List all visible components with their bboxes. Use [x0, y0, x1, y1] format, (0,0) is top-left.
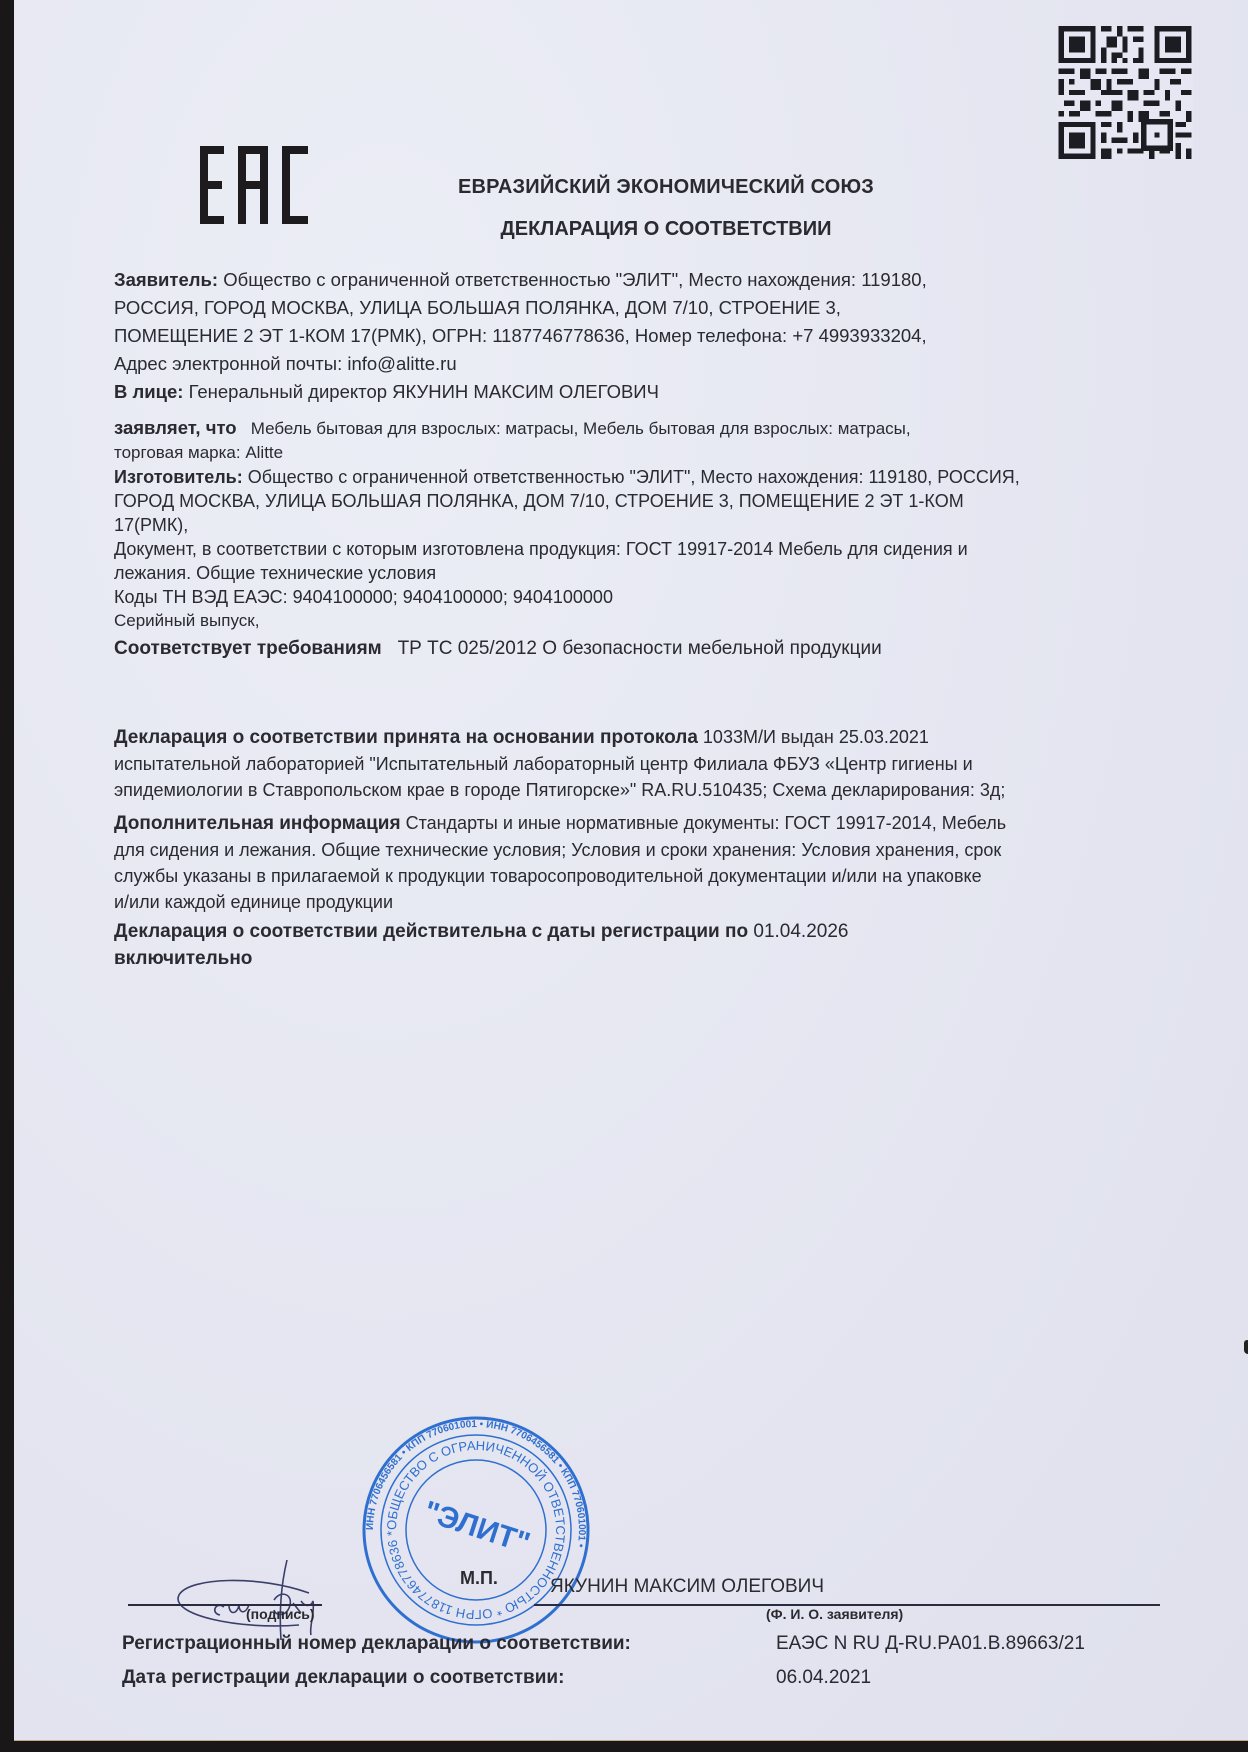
declaration-page: ЕВРАЗИЙСКИЙ ЭКОНОМИЧЕСКИЙ СОЮЗ ДЕКЛАРАЦИ… [14, 0, 1248, 1741]
applicant-section: Заявитель: Общество с ограниченной ответ… [114, 266, 1184, 406]
conformity-label: Соответствует требованиям [114, 638, 382, 659]
applicant-full-name: ЯКУНИН МАКСИМ ОЛЕГОВИЧ [550, 1576, 824, 1598]
union-title: ЕВРАЗИЙСКИЙ ЭКОНОМИЧЕСКИЙ СОЮЗ [14, 176, 1248, 199]
manufacturer-address-line: ГОРОД МОСКВА, УЛИЦА БОЛЬШАЯ ПОЛЯНКА, ДОМ… [114, 489, 1184, 513]
additional-info-line4: и/или каждой единице продукции [114, 889, 1184, 915]
laboratory-accreditation-line: эпидемиологии в Ставропольском крае в го… [114, 777, 1184, 803]
protocol-info: 1033М/И выдан 25.03.2021 [698, 727, 929, 747]
manufacturer-text: Общество с ограниченной ответственностью… [243, 467, 1020, 487]
company-seal: ИНН 7706456581 • КПП 770601001 • ИНН 770… [361, 1415, 591, 1645]
signature-scribble [169, 1545, 349, 1645]
ink-speck [1244, 1340, 1248, 1354]
manufacturer-address-end: 17(РМК), [114, 513, 1184, 537]
declares-label: заявляет, что [114, 417, 237, 438]
additional-info-section: Дополнительная информация Стандарты и ин… [114, 810, 1184, 915]
additional-info-line3: службы указаны в прилагаемой к продукции… [114, 863, 1184, 889]
document-title: ДЕКЛАРАЦИЯ О СООТВЕТСТВИИ [14, 218, 1248, 241]
product-doc-line1: Документ, в соответствии с которым изгот… [114, 537, 1184, 561]
applicant-address-line: РОССИЯ, ГОРОД МОСКВА, УЛИЦА БОЛЬШАЯ ПОЛЯ… [114, 294, 1184, 322]
product-doc-line2: лежания. Общие технические условия [114, 561, 1184, 585]
serial-release: Серийный выпуск, [114, 609, 1184, 633]
tnved-codes: Коды ТН ВЭД ЕАЭС: 9404100000; 9404100000… [114, 585, 1184, 609]
manufacturer-label: Изготовитель: [114, 467, 243, 487]
applicant-text: Общество с ограниченной ответственностью… [218, 269, 927, 290]
qr-code [1057, 26, 1193, 159]
additional-info-line2: для сидения и лежания. Общие технические… [114, 837, 1184, 863]
represented-by-text: Генеральный директор ЯКУНИН МАКСИМ ОЛЕГО… [183, 381, 658, 402]
laboratory-line: испытательной лабораторией "Испытательны… [114, 751, 1184, 777]
applicant-email-line: Адрес электронной почты: info@alitte.ru [114, 350, 1184, 378]
seal-place-label: М.П. [460, 1568, 498, 1589]
product-description: Мебель бытовая для взрослых: матрасы, Ме… [237, 419, 911, 438]
basis-section: Декларация о соответствии принята на осн… [114, 724, 1184, 803]
validity-date: 01.04.2026 [748, 921, 848, 942]
registration-date-label: Дата регистрации декларации о соответств… [122, 1667, 564, 1689]
validity-inclusive: включительно [114, 948, 252, 969]
validity-section: Декларация о соответствии действительна … [114, 918, 1184, 972]
registration-number: ЕАЭС N RU Д-RU.РА01.В.89663/21 [776, 1633, 1085, 1655]
represented-by-label: В лице: [114, 381, 183, 402]
seal-center-text: "ЭЛИТ" [420, 1495, 534, 1560]
signature-caption: (подпись) [246, 1606, 315, 1622]
additional-info-label: Дополнительная информация [114, 813, 401, 834]
additional-info-text: Стандарты и иные нормативные документы: … [401, 813, 1007, 833]
conformity-text: ТР ТС 025/2012 О безопасности мебельной … [382, 638, 882, 659]
fio-caption: (Ф. И. О. заявителя) [766, 1606, 903, 1622]
applicant-label: Заявитель: [114, 269, 218, 290]
product-section: заявляет, что Мебель бытовая для взрослы… [114, 416, 1184, 661]
registration-date: 06.04.2021 [776, 1667, 871, 1689]
trademark-line: торговая марка: Alitte [114, 441, 1184, 465]
registration-number-label: Регистрационный номер декларации о соотв… [122, 1633, 631, 1655]
basis-label: Декларация о соответствии принята на осн… [114, 727, 698, 748]
validity-label: Декларация о соответствии действительна … [114, 921, 748, 942]
applicant-ogrn-line: ПОМЕЩЕНИЕ 2 ЭТ 1-КОМ 17(РМК), ОГРН: 1187… [114, 322, 1184, 350]
